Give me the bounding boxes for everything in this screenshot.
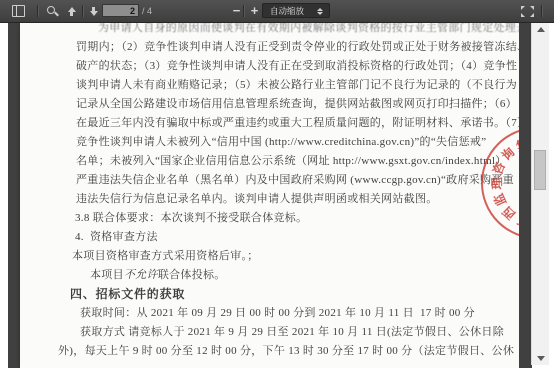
find-button[interactable] bbox=[43, 3, 61, 19]
doc-line-section-4: 4. 资格审查方法 bbox=[20, 228, 519, 247]
doc-line: 在最近三年内没有骗取中标或严重违约或重大工程质量问题的，附证明材料、承诺书。（7… bbox=[20, 114, 519, 133]
zoom-in-button[interactable]: + bbox=[246, 3, 263, 19]
viewer-toolbar: / 4 − + 自动缩放 bbox=[0, 0, 554, 23]
doc-line-obtain-time: 获取时间：从 2021 年 09 月 29 日 00 时 00 分到 2021 … bbox=[20, 304, 519, 323]
fullscreen-icon bbox=[521, 6, 534, 17]
scroll-down-button[interactable] bbox=[532, 351, 549, 365]
toolbar-separator bbox=[82, 5, 83, 17]
dropdown-arrows-icon bbox=[317, 8, 323, 15]
arrow-down-icon bbox=[90, 7, 98, 16]
page-number-input[interactable] bbox=[102, 4, 139, 17]
doc-heading-section-iv: 四、招标文件的获取 bbox=[20, 285, 519, 304]
doc-text-italic: 不允许 bbox=[124, 269, 158, 281]
viewer-area: 为申请人自身的原因而使谈判在有效期内被解除谈判资格的按行业主管部门规定处理开发手… bbox=[0, 22, 554, 368]
pdf-viewer-window: / 4 − + 自动缩放 为申请人自身的原因而使谈判在有效期内被解除谈判资格的按… bbox=[0, 0, 554, 390]
zoom-mode-select[interactable]: 自动缩放 bbox=[262, 3, 330, 18]
previous-page-button[interactable] bbox=[63, 3, 80, 19]
doc-line-obtain-method: 获取方式 请竞标人于 2021 年 9 月 29 日至 2021 年 10 月 … bbox=[20, 323, 519, 342]
scroll-down-icon bbox=[537, 356, 545, 361]
search-icon bbox=[46, 5, 59, 18]
doc-line: 记录从全国公路建设市场信用信息管理系统查询，提供网站截图或网页打印扫描件；（6） bbox=[20, 95, 519, 114]
toggle-sidebar-button[interactable] bbox=[9, 3, 27, 19]
viewer-background-right bbox=[519, 22, 532, 368]
doc-text: 联合体投标。 bbox=[158, 269, 226, 281]
document-page: 为申请人自身的原因而使谈判在有效期内被解除谈判资格的按行业主管部门规定处理开发手… bbox=[20, 22, 519, 368]
doc-line: 竞争性谈判申请人未被列入“信用中国 (http://www.creditchin… bbox=[20, 133, 519, 152]
arrow-up-icon bbox=[68, 7, 76, 16]
doc-line: 谈判申请人未有商业贿赂记录；（5）未被公路行业主管部门记不良行为记录的（不良行为 bbox=[20, 76, 519, 95]
page-count-label: / 4 bbox=[142, 0, 152, 22]
zoom-mode-value: 自动缩放 bbox=[270, 6, 304, 16]
toolbar-separator bbox=[541, 5, 542, 17]
doc-text: 本项目 bbox=[90, 269, 124, 281]
doc-line: 破产的状态；（3）竞争性谈判申请人没有正在受到取消投标资格的行政处罚；（4）竞争… bbox=[20, 57, 519, 76]
scrollbar-thumb[interactable] bbox=[534, 150, 546, 190]
sidebar-icon bbox=[12, 5, 25, 17]
doc-line: 本项目资格审查方式采用资格后审。； bbox=[20, 247, 519, 266]
toolbar-separator bbox=[243, 5, 244, 17]
doc-line-no-consortium: 本项目不允许联合体投标。 bbox=[20, 266, 519, 285]
doc-line-joint-venture: 3.8 联合体要求：本次谈判不接受联合体竞标。 bbox=[20, 209, 519, 228]
presentation-mode-button[interactable] bbox=[518, 3, 536, 19]
seal-character: 理 bbox=[490, 177, 503, 190]
doc-line: 罚期内；（2）竞争性谈判申请人没有正受到责令停业的行政处罚或正处于财务被接管冻结… bbox=[20, 38, 519, 57]
doc-line: 严重违法失信企业名单（黑名单）内及中国政府采购网 (www.ccgp.gov.c… bbox=[20, 171, 519, 190]
doc-line: 为申请人自身的原因而使谈判在有效期内被解除谈判资格的按行业主管部门规定处理开发手… bbox=[20, 22, 519, 38]
window-edge bbox=[549, 22, 554, 368]
viewer-background-left bbox=[8, 22, 20, 368]
next-page-button[interactable] bbox=[85, 3, 102, 19]
vertical-scrollbar[interactable] bbox=[531, 22, 549, 365]
scroll-up-button[interactable] bbox=[532, 22, 549, 36]
doc-line: 外)，每天上午 9 时 00 分至 12 时 00 分，下午 13 时 30 分… bbox=[20, 342, 519, 361]
doc-line: 名单；未被列入“国家企业信用信息公示系统（网址 http://www.gsxt.… bbox=[20, 152, 519, 171]
window-bottom-margin bbox=[0, 368, 554, 390]
doc-line: 违法失信行为信息记录名单内。谈判申请人提供声明函或相关网站截图。 bbox=[20, 190, 519, 209]
scroll-up-icon bbox=[537, 27, 545, 32]
toolbar-separator bbox=[37, 5, 38, 17]
